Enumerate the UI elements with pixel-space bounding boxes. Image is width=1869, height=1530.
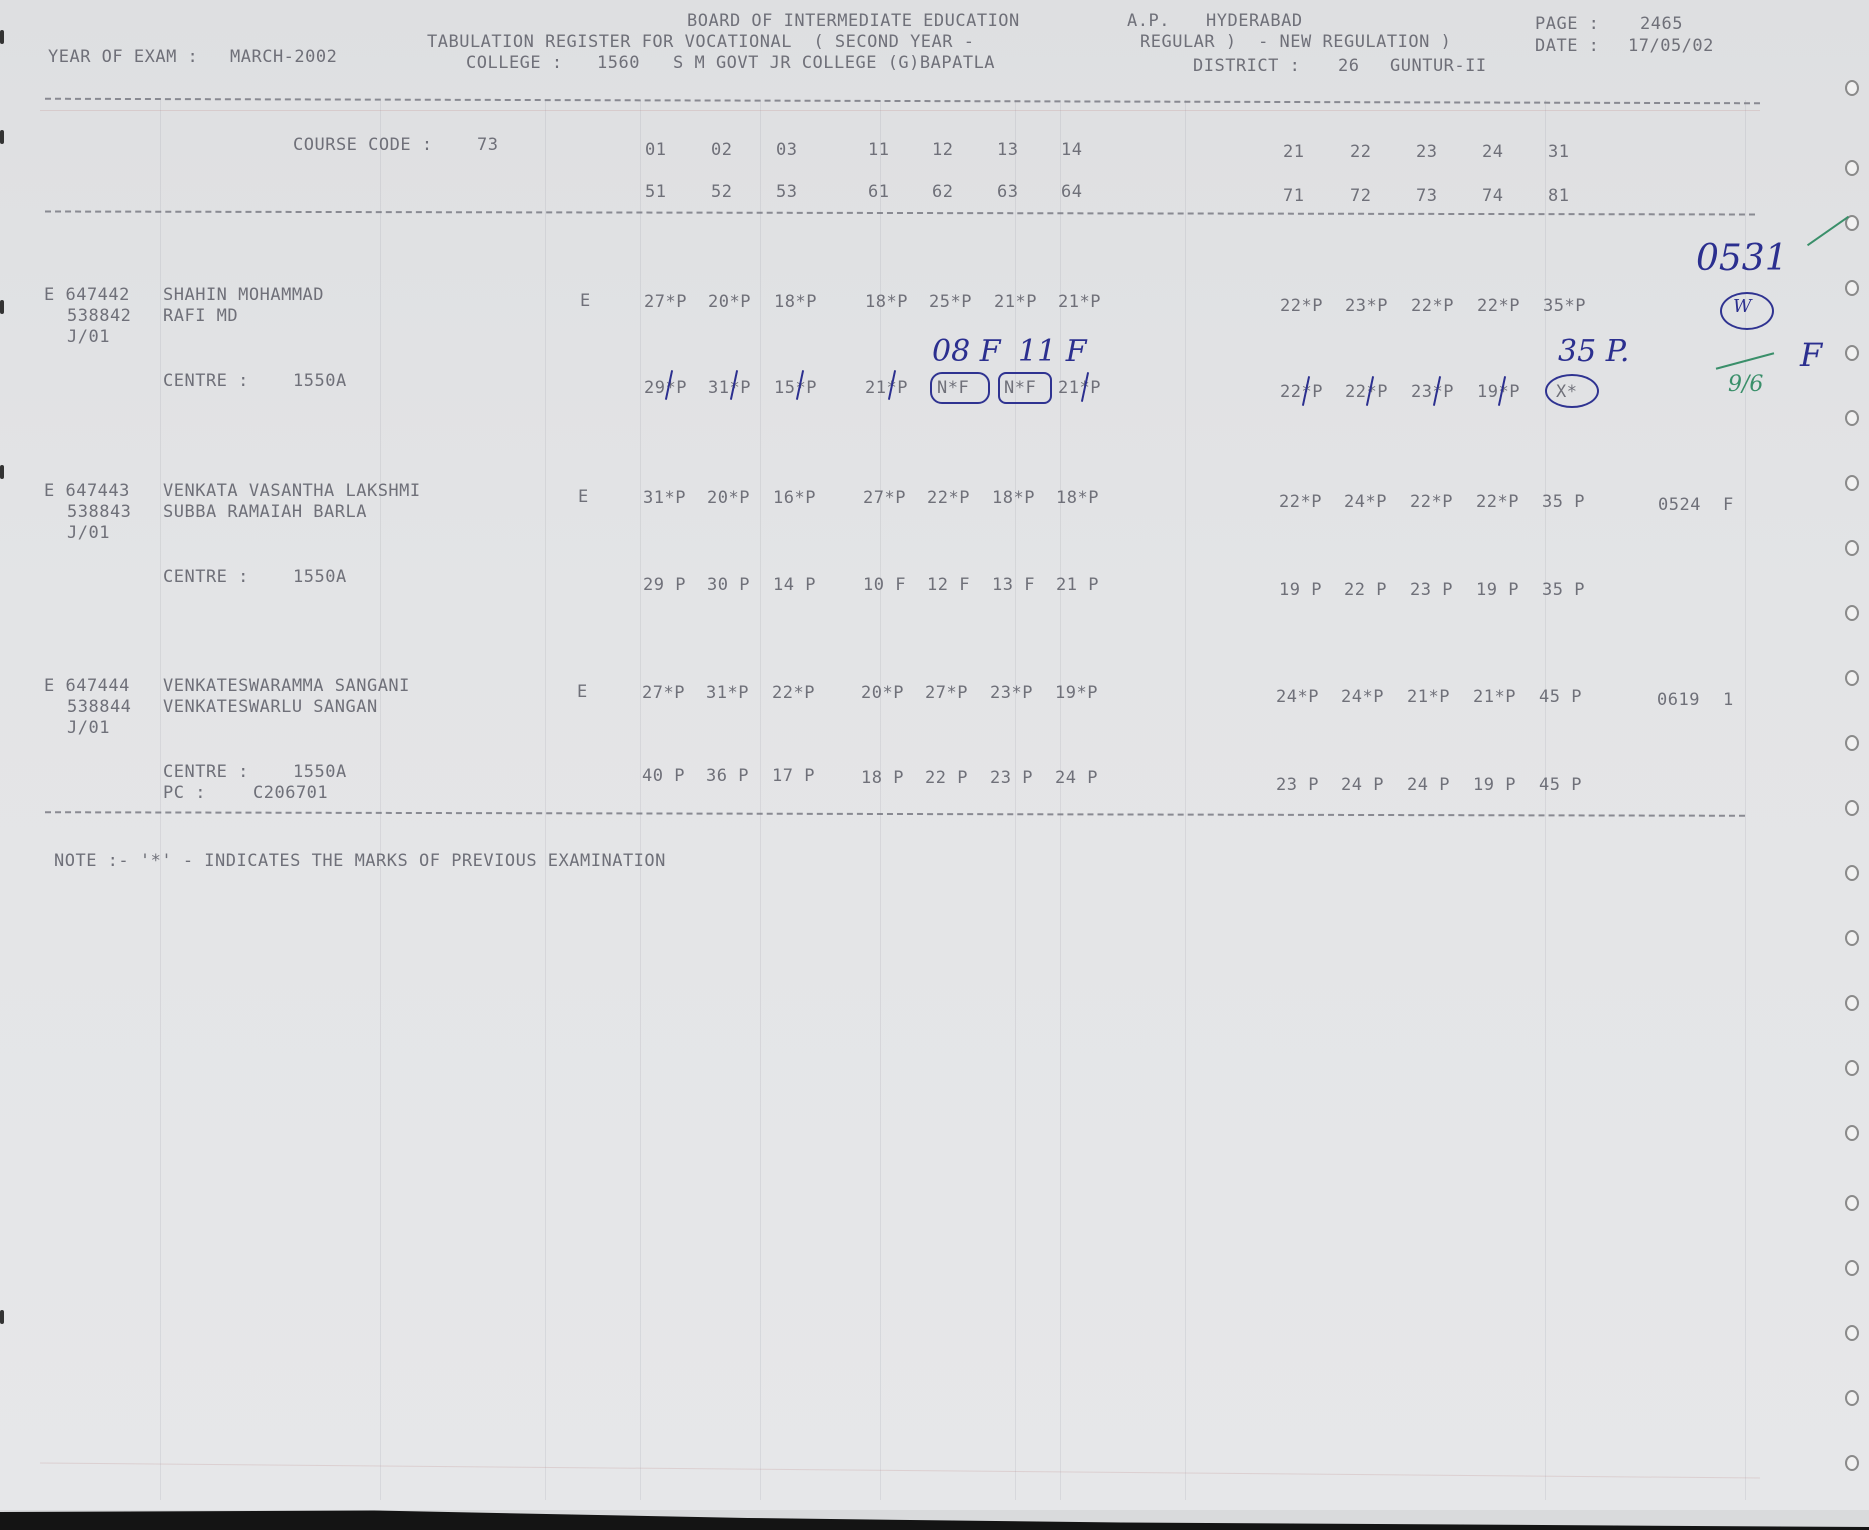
mark: 20*P — [861, 683, 904, 703]
mark: 21*P — [994, 292, 1037, 312]
form-rule — [40, 110, 1760, 111]
sprocket-hole-icon — [1845, 670, 1859, 686]
mark: 35 P — [1542, 580, 1585, 600]
subject-code: 73 — [1416, 186, 1437, 206]
sprocket-hole-icon — [1845, 1325, 1859, 1341]
college-label: COLLEGE : — [466, 53, 563, 73]
subject-code: 21 — [1283, 142, 1304, 162]
group-code: J/01 — [67, 718, 110, 738]
mark: 27*P — [863, 488, 906, 508]
mark: 23*P — [1411, 382, 1454, 402]
result-code: 1 — [1723, 690, 1734, 710]
ink-circle — [998, 372, 1052, 404]
pc-code: C206701 — [253, 783, 328, 803]
mark: 23*P — [990, 683, 1033, 703]
sprocket-hole-icon — [1845, 540, 1859, 556]
print-date: 17/05/02 — [1628, 36, 1714, 56]
sprocket-hole-icon — [1845, 605, 1859, 621]
subject-code: 11 — [868, 140, 889, 160]
mark: 19 P — [1476, 580, 1519, 600]
handwritten-mark: 11 F — [1018, 334, 1087, 369]
subject-code: 52 — [711, 182, 732, 202]
page-number: 2465 — [1640, 14, 1683, 34]
mark: 22*P — [1411, 296, 1454, 316]
mark: 10 F — [863, 575, 906, 595]
mark: 24*P — [1344, 492, 1387, 512]
city-label: HYDERABAD — [1206, 11, 1303, 31]
form-rule — [380, 100, 381, 1500]
mark: 31*P — [643, 488, 686, 508]
subject-code: 31 — [1548, 142, 1569, 162]
mark: 19*P — [1055, 683, 1098, 703]
mark: 12 F — [927, 575, 970, 595]
mark: 18*P — [992, 488, 1035, 508]
mark: 22 P — [1344, 580, 1387, 600]
tabulation-register-sheet — [0, 0, 1869, 1510]
medium: E — [577, 682, 588, 702]
form-rule — [545, 100, 546, 1500]
mark: 35 P — [1542, 492, 1585, 512]
mark: 18*P — [865, 292, 908, 312]
subject-code: 03 — [776, 140, 797, 160]
subject-code: 14 — [1061, 140, 1082, 160]
mark: 45 P — [1539, 775, 1582, 795]
hall-ticket-number: 538843 — [67, 502, 131, 522]
handwritten-mark: 35 P. — [1558, 334, 1629, 369]
state-label: A.P. — [1127, 11, 1170, 31]
sprocket-hole-icon — [1845, 800, 1859, 816]
subject-code: 12 — [932, 140, 953, 160]
mark: 23 P — [1410, 580, 1453, 600]
sprocket-hole-icon — [1845, 345, 1859, 361]
mark: 22*P — [772, 683, 815, 703]
mark: 22 P — [925, 768, 968, 788]
mark: 22*P — [1280, 382, 1323, 402]
subject-code: 23 — [1416, 142, 1437, 162]
sprocket-hole-icon — [1845, 160, 1859, 176]
sprocket-hole-icon — [1845, 410, 1859, 426]
sprocket-hole-icon — [1845, 1260, 1859, 1276]
mark: 21*P — [1058, 292, 1101, 312]
sprocket-hole-icon — [1845, 930, 1859, 946]
subject-code: 02 — [711, 140, 732, 160]
handwritten-result: F — [1800, 336, 1822, 374]
medium: E — [580, 291, 591, 311]
mark: 23 P — [1276, 775, 1319, 795]
subject-code: 53 — [776, 182, 797, 202]
centre-label: CENTRE : — [163, 567, 249, 587]
mark: 15*P — [774, 378, 817, 398]
mark: 21*P — [865, 378, 908, 398]
college-code: 1560 — [597, 53, 640, 73]
form-rule — [160, 100, 161, 1500]
subject-code: 74 — [1482, 186, 1503, 206]
form-rule — [760, 100, 761, 1500]
subject-code: 62 — [932, 182, 953, 202]
subject-code: 81 — [1548, 186, 1569, 206]
subject-code: 13 — [997, 140, 1018, 160]
sprocket-hole-icon — [1845, 80, 1859, 96]
subject-code: 72 — [1350, 186, 1371, 206]
mark: 23*P — [1345, 296, 1388, 316]
mark: 19 P — [1279, 580, 1322, 600]
mark: 16*P — [773, 488, 816, 508]
father-name: RAFI MD — [163, 306, 238, 326]
sprocket-hole-icon — [1845, 1390, 1859, 1406]
centre-label: CENTRE : — [163, 371, 249, 391]
mark: 27*P — [925, 683, 968, 703]
mark: 13 F — [992, 575, 1035, 595]
hall-ticket-number: 538844 — [67, 697, 131, 717]
mark: 17 P — [772, 766, 815, 786]
handwritten-initials: 9/6 — [1728, 372, 1763, 397]
mark: 18*P — [774, 292, 817, 312]
mark: 18*P — [1056, 488, 1099, 508]
year-label: YEAR OF EXAM : — [48, 47, 198, 67]
form-rule — [1185, 100, 1186, 1500]
sprocket-hole-icon — [1845, 1125, 1859, 1141]
board-name: BOARD OF INTERMEDIATE EDUCATION — [687, 11, 1020, 31]
district-name: GUNTUR-II — [1390, 56, 1487, 76]
margin-mark — [0, 30, 4, 44]
subject-code: 01 — [645, 140, 666, 160]
centre-code: 1550A — [293, 567, 347, 587]
mark: 24*P — [1276, 687, 1319, 707]
mark: 23 P — [990, 768, 1033, 788]
mark: 30 P — [707, 575, 750, 595]
ink-circle — [930, 372, 990, 404]
sprocket-hole-icon — [1845, 1060, 1859, 1076]
mark: 36 P — [706, 766, 749, 786]
ink-circle — [1545, 374, 1599, 408]
district-label: DISTRICT : — [1193, 56, 1300, 76]
sprocket-hole-icon — [1845, 1455, 1859, 1471]
medium: E — [578, 487, 589, 507]
total-marks: 0619 — [1657, 690, 1700, 710]
course-code: 73 — [477, 135, 498, 155]
mark: 24 P — [1407, 775, 1450, 795]
father-name: SUBBA RAMAIAH BARLA — [163, 502, 367, 522]
form-rule — [640, 100, 641, 1500]
group-code: J/01 — [67, 327, 110, 347]
mark: 22*P — [1410, 492, 1453, 512]
student-name: VENKATA VASANTHA LAKSHMI — [163, 481, 421, 501]
mark: 21 P — [1056, 575, 1099, 595]
sprocket-hole-icon — [1845, 1195, 1859, 1211]
mark: 18 P — [861, 768, 904, 788]
mark: 14 P — [773, 575, 816, 595]
margin-mark — [0, 130, 4, 144]
mark: 27*P — [642, 683, 685, 703]
registration-number: E 647444 — [44, 676, 130, 696]
mark: 29 P — [643, 575, 686, 595]
mark: 22*P — [1477, 296, 1520, 316]
sprocket-hole-icon — [1845, 475, 1859, 491]
subject-code: 22 — [1350, 142, 1371, 162]
total-marks: 0524 — [1658, 495, 1701, 515]
college-name: S M GOVT JR COLLEGE (G)BAPATLA — [673, 53, 995, 73]
mark: 20*P — [708, 292, 751, 312]
registration-number: E 647442 — [44, 285, 130, 305]
mark: 31*P — [706, 683, 749, 703]
mark: 21*P — [1473, 687, 1516, 707]
sprocket-hole-icon — [1845, 995, 1859, 1011]
handwritten-total: 0531 — [1696, 238, 1788, 279]
mark: 22*P — [1279, 492, 1322, 512]
regulation-label: REGULAR ) - NEW REGULATION ) — [1140, 32, 1451, 52]
hall-ticket-number: 538842 — [67, 306, 131, 326]
mark: 40 P — [642, 766, 685, 786]
exam-year: MARCH-2002 — [230, 47, 337, 67]
mark: 31*P — [708, 378, 751, 398]
mark: 22*P — [1280, 296, 1323, 316]
subject-code: 24 — [1482, 142, 1503, 162]
father-name: VENKATESWARLU SANGAN — [163, 697, 378, 717]
subject-code: 51 — [645, 182, 666, 202]
mark: 25*P — [929, 292, 972, 312]
registration-number: E 647443 — [44, 481, 130, 501]
mark: 21*P — [1407, 687, 1450, 707]
mark: 21*P — [1058, 378, 1101, 398]
group-code: J/01 — [67, 523, 110, 543]
mark: 24*P — [1341, 687, 1384, 707]
subject-code: 63 — [997, 182, 1018, 202]
sprocket-hole-icon — [1845, 865, 1859, 881]
register-title: TABULATION REGISTER FOR VOCATIONAL ( SEC… — [427, 32, 974, 52]
mark: 19 P — [1473, 775, 1516, 795]
sprocket-hole-icon — [1845, 735, 1859, 751]
handwritten-mark: 08 F — [932, 334, 1001, 369]
date-label: DATE : — [1535, 36, 1599, 56]
subject-code: 61 — [868, 182, 889, 202]
footer-note: NOTE :- '*' - INDICATES THE MARKS OF PRE… — [54, 851, 666, 871]
mark: 24 P — [1341, 775, 1384, 795]
margin-mark — [0, 300, 4, 314]
mark: 22*P — [1476, 492, 1519, 512]
page-label: PAGE : — [1535, 14, 1599, 34]
subject-code: 64 — [1061, 182, 1082, 202]
sprocket-hole-icon — [1845, 280, 1859, 296]
student-name: SHAHIN MOHAMMAD — [163, 285, 324, 305]
mark: 45 P — [1539, 687, 1582, 707]
mark: 35*P — [1543, 296, 1586, 316]
mark: 24 P — [1055, 768, 1098, 788]
pc-label: PC : — [163, 783, 206, 803]
centre-code: 1550A — [293, 371, 347, 391]
district-code: 26 — [1338, 56, 1359, 76]
mark: 27*P — [644, 292, 687, 312]
mark: 20*P — [707, 488, 750, 508]
student-name: VENKATESWARAMMA SANGANI — [163, 676, 410, 696]
centre-code: 1550A — [293, 762, 347, 782]
result-code: F — [1723, 495, 1734, 515]
centre-label: CENTRE : — [163, 762, 249, 782]
mark: 22*P — [927, 488, 970, 508]
course-code-label: COURSE CODE : — [293, 135, 433, 155]
margin-mark — [0, 1310, 4, 1324]
handwritten-circled: W — [1733, 296, 1752, 317]
margin-mark — [0, 465, 4, 479]
subject-code: 71 — [1283, 186, 1304, 206]
